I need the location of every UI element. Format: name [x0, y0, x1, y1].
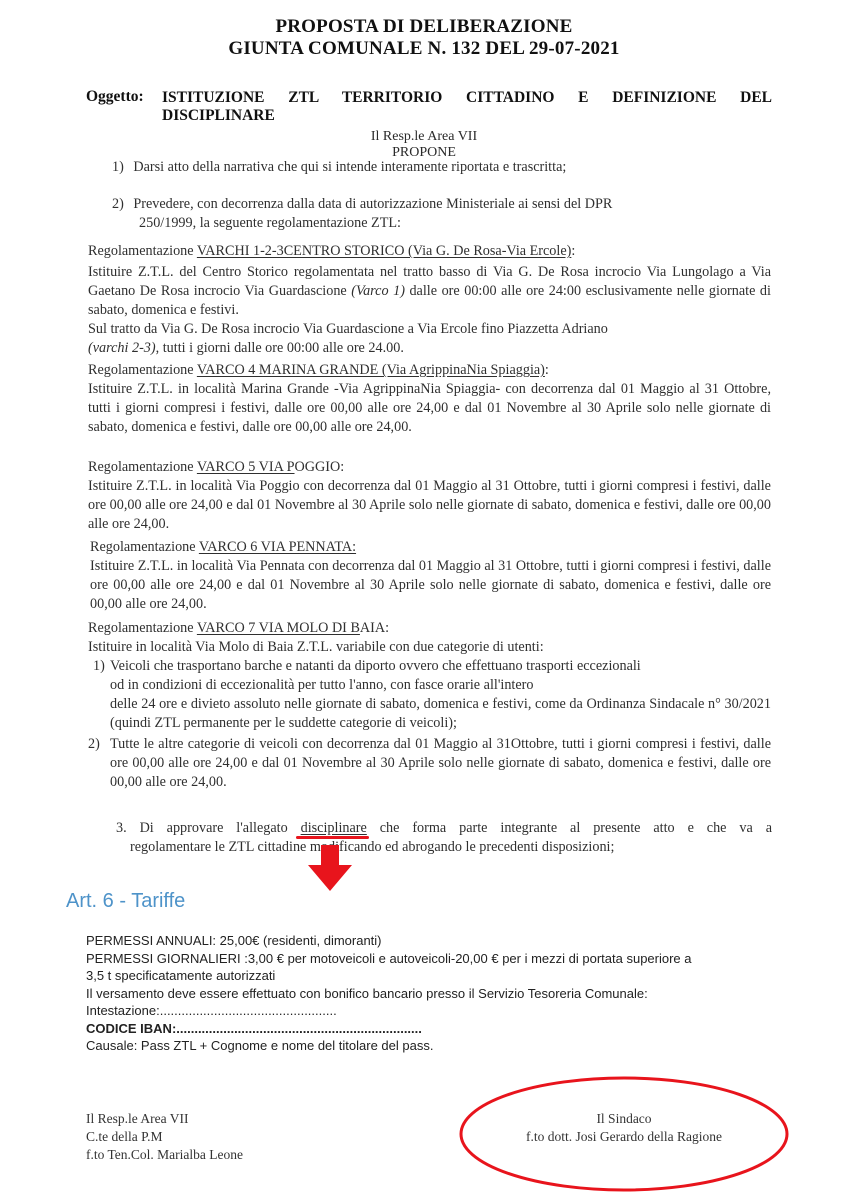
- regulation-heading: Regolamentazione VARCO 6 VIA PENNATA:: [90, 538, 771, 557]
- intestazione-line: Intestazione:...........................…: [86, 1002, 786, 1020]
- causale-line: Causale: Pass ZTL + Cognome e nome del t…: [86, 1037, 786, 1055]
- subject-text-line2: DISCIPLINARE: [162, 107, 275, 125]
- subject-label: Oggetto:: [86, 88, 162, 106]
- regulation-varco-7: Regolamentazione VARCO 7 VIA MOLO DI BAI…: [88, 619, 771, 792]
- subject-block: Oggetto: ISTITUZIONE ZTL TERRITORIO CITT…: [86, 88, 772, 106]
- point-text: Prevedere, con decorrenza dalla data di …: [133, 196, 612, 212]
- regulation-title: VARCO 4 MARINA GRANDE (Via AgrippinaNia …: [197, 362, 545, 378]
- item-number: 1): [93, 657, 105, 676]
- iban-line: CODICE IBAN:............................…: [86, 1020, 786, 1038]
- payment-instructions-line: Il versamento deve essere effettuato con…: [86, 985, 786, 1003]
- annual-permits-line: PERMESSI ANNUALI: 25,00€ (residenti, dim…: [86, 932, 786, 950]
- subject-text-line1: ISTITUZIONE ZTL TERRITORIO CITTADINO E D…: [162, 88, 772, 107]
- regulation-varco-6: Regolamentazione VARCO 6 VIA PENNATA: Is…: [90, 538, 771, 614]
- highlighted-word-disciplinare: disciplinare: [301, 820, 367, 836]
- regulation-title: VARCO 5 VIA P: [197, 459, 295, 475]
- regulation-varchi-1-2-3: Regolamentazione VARCHI 1-2-3CENTRO STOR…: [88, 242, 771, 358]
- regulation-body: Istituire Z.T.L. del Centro Storico rego…: [88, 263, 771, 320]
- regulation-heading: Regolamentazione VARCO 4 MARINA GRANDE (…: [88, 361, 771, 380]
- document-title-line1: PROPOSTA DI DELIBERAZIONE: [0, 16, 848, 38]
- regulation-body: Istituire in località Via Molo di Baia Z…: [88, 638, 771, 657]
- red-underline-annotation: [296, 836, 369, 839]
- regulation-body-2: Sul tratto da Via G. De Rosa incrocio Vi…: [88, 320, 771, 358]
- point-number: 2): [112, 196, 124, 212]
- regulation-body: Istituire Z.T.L. in località Via Pennata…: [90, 557, 771, 614]
- regulation-varco-5: Regolamentazione VARCO 5 VIA POGGIO: Ist…: [88, 458, 771, 534]
- regulation-title: VARCHI 1-2-3CENTRO STORICO (Via G. De Ro…: [197, 243, 571, 259]
- regulation-item-2: 2) Tutte le altre categorie di veicoli c…: [88, 735, 771, 792]
- daily-permits-line: PERMESSI GIORNALIERI :3,00 € per motovei…: [86, 950, 786, 968]
- regulation-body: Istituire Z.T.L. in località Marina Gran…: [88, 380, 771, 437]
- signature-left: Il Resp.le Area VII C.te della P.M f.to …: [86, 1110, 243, 1164]
- point-3: 3. Di approvare l'allegato disciplinare …: [116, 819, 772, 857]
- point-text-continued: 250/1999, la seguente regolamentazione Z…: [112, 214, 772, 233]
- point-text: Darsi atto della narrativa che qui si in…: [133, 159, 566, 175]
- point-number: 3.: [116, 820, 127, 836]
- tariffe-block: PERMESSI ANNUALI: 25,00€ (residenti, dim…: [86, 932, 786, 1055]
- point-number: 1): [112, 159, 124, 175]
- regulation-title: VARCO 6 VIA PENNATA:: [199, 539, 356, 555]
- regulation-varco-4: Regolamentazione VARCO 4 MARINA GRANDE (…: [88, 361, 771, 437]
- daily-permits-line-continued: 3,5 t specificatamente autorizzati: [86, 967, 786, 985]
- regulation-heading: Regolamentazione VARCHI 1-2-3CENTRO STOR…: [88, 242, 771, 261]
- regulation-heading: Regolamentazione VARCO 7 VIA MOLO DI BAI…: [88, 619, 771, 638]
- red-ellipse-annotation: [456, 1073, 792, 1195]
- point-2: 2) Prevedere, con decorrenza dalla data …: [112, 195, 772, 233]
- point-1: 1) Darsi atto della narrativa che qui si…: [112, 158, 772, 177]
- proponent-role: Il Resp.le Area VII: [0, 129, 848, 145]
- down-arrow-icon: [305, 845, 355, 893]
- regulation-heading: Regolamentazione VARCO 5 VIA POGGIO:: [88, 458, 771, 477]
- article-title: Art. 6 - Tariffe: [66, 890, 185, 913]
- item-number: 2): [88, 735, 100, 754]
- regulation-title: VARCO 7 VIA MOLO DI B: [197, 620, 360, 636]
- point-text-continued: regolamentare le ZTL cittadine modifican…: [116, 838, 772, 857]
- regulation-body: Istituire Z.T.L. in località Via Poggio …: [88, 477, 771, 534]
- regulation-item-1: 1) Veicoli che trasportano barche e nata…: [88, 657, 771, 733]
- document-title-line2: GIUNTA COMUNALE N. 132 DEL 29-07-2021: [0, 38, 848, 60]
